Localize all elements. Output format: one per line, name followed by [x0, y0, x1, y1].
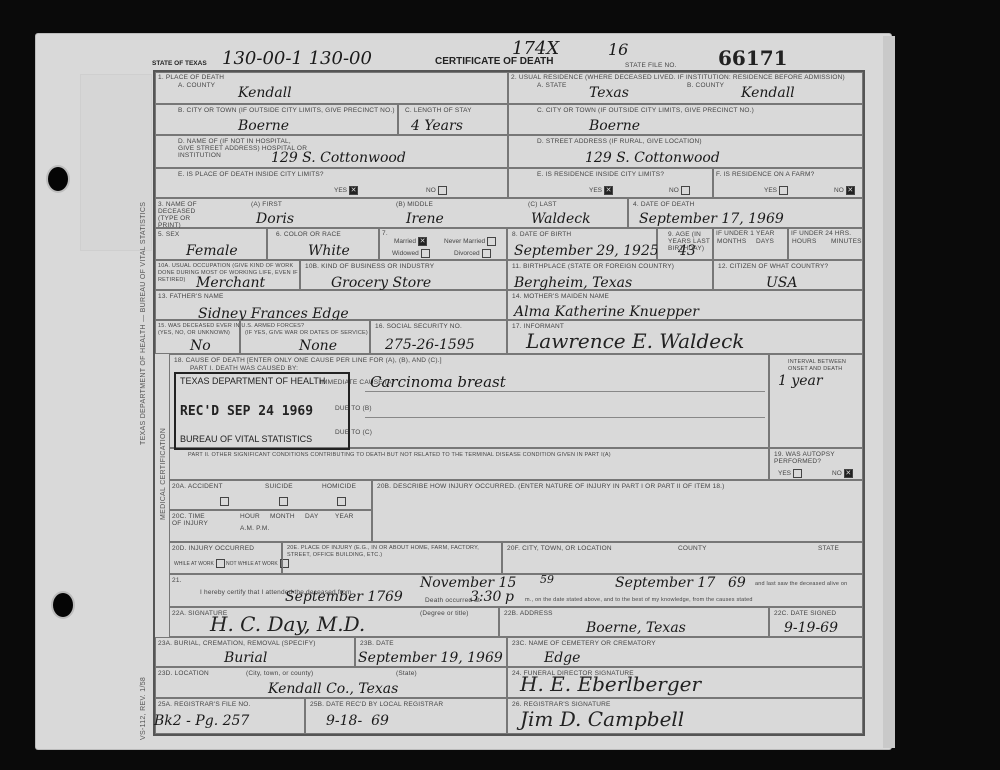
- inside-limits-yes-checkbox[interactable]: ✕: [349, 186, 358, 195]
- autopsy-yes-checkbox[interactable]: [793, 469, 802, 478]
- interval-cell: INTERVAL BETWEEN ONSET AND DEATH 1 year: [769, 354, 863, 448]
- cemetery-cell: 23c. NAME OF CEMETERY OR CREMATORY Edge: [507, 637, 863, 667]
- physician-address-cell: 22b. ADDRESS Boerne, Texas: [499, 607, 769, 637]
- while-at-work-checkbox[interactable]: [216, 559, 225, 568]
- war-service-cell: (If yes, give war or dates of service) N…: [240, 320, 370, 354]
- occupation: Merchant: [196, 275, 265, 291]
- length-of-stay-cell: c. LENGTH OF STAY 4 Years: [398, 104, 508, 135]
- birthplace-cell: 11. BIRTHPLACE (State or foreign country…: [507, 260, 713, 290]
- paper-edge: [883, 36, 895, 748]
- date-of-birth: September 29, 1925: [514, 243, 659, 259]
- business-cell: 10b. KIND OF BUSINESS OR INDUSTRY Grocer…: [300, 260, 507, 290]
- last-saw-alive: September 17: [615, 575, 715, 591]
- armed-forces-cell: 15. WAS DECEASED EVER IN U.S. ARMED FORC…: [155, 320, 240, 354]
- length-of-stay: 4 Years: [411, 118, 463, 134]
- farm-no-checkbox[interactable]: ✕: [846, 186, 855, 195]
- state-label: STATE OF TEXAS: [152, 60, 207, 67]
- certification-cell: 21. I hereby certify that I attended the…: [169, 574, 863, 607]
- handwritten-code: 130-00-1 130-00: [222, 48, 372, 69]
- farm-cell: f. IS RESIDENCE ON A FARM? YES NO✕: [713, 168, 863, 198]
- last-name: Waldeck: [531, 211, 591, 227]
- citizen-country: USA: [766, 275, 798, 291]
- registrar-signature: Jim D. Campbell: [520, 707, 684, 731]
- name-cell: 3. NAME OF DECEASED (Type or print) (a) …: [155, 198, 628, 228]
- middle-name: Irene: [406, 211, 444, 227]
- kind-of-business: Grocery Store: [331, 275, 431, 291]
- cemetery-name: Edge: [544, 650, 580, 666]
- burial-type-cell: 23a. BURIAL, CREMATION, REMOVAL (Specify…: [155, 637, 355, 667]
- residence-limits-cell: e. IS RESIDENCE INSIDE CITY LIMITS? YES✕…: [508, 168, 713, 198]
- age: 43: [678, 243, 696, 259]
- residence-street: 129 S. Cottonwood: [585, 150, 720, 166]
- physician-signature: H. C. Day, M.D.: [210, 612, 365, 636]
- registrar-file-cell: 25a. REGISTRAR'S FILE NO. Bk2 - Pg. 257: [155, 698, 305, 734]
- citizen-cell: 12. CITIZEN OF WHAT COUNTRY? USA: [713, 260, 863, 290]
- registrar-file-number: Bk2 - Pg. 257: [154, 713, 249, 729]
- physician-signature-cell: 22a. SIGNATURE H. C. Day, M.D. (Degree o…: [169, 607, 499, 637]
- punch-hole-top: [48, 167, 68, 191]
- inside-limits-no-checkbox[interactable]: [438, 186, 447, 195]
- date-signed: 9-19-69: [784, 620, 838, 636]
- never-married-checkbox[interactable]: [487, 237, 496, 246]
- place-county: Kendall: [238, 85, 292, 101]
- physician-address: Boerne, Texas: [586, 620, 686, 636]
- first-name: Doris: [256, 211, 294, 227]
- sex: Female: [186, 243, 238, 259]
- form-revision: VS-112, REV. 1/58: [140, 677, 147, 740]
- armed-forces: No: [190, 338, 211, 354]
- marital-status-cell: 7. Married✕ Never Married Widowed Divorc…: [379, 228, 507, 260]
- date-of-death: September 17, 1969: [639, 211, 784, 227]
- autopsy-cell: 19. WAS AUTOPSY PERFORMED? YES NO✕: [769, 448, 863, 480]
- residence-limits-yes-checkbox[interactable]: ✕: [604, 186, 613, 195]
- residence-state: Texas: [589, 85, 629, 101]
- punch-hole-bottom: [53, 593, 73, 617]
- time-of-injury-cell: 20c. TIME OF INJURY Hour Month Day Year …: [169, 510, 372, 542]
- informant-signature: Lawrence E. Waldeck: [526, 329, 744, 353]
- birth-date-cell: 8. DATE OF BIRTH September 29, 1925: [507, 228, 657, 260]
- birthplace: Bergheim, Texas: [514, 275, 632, 291]
- funeral-director-signature: H. E. Eberlberger: [520, 672, 701, 696]
- injury-occurred-cell: 20d. INJURY OCCURRED WHILE AT WORK NOT W…: [169, 542, 282, 574]
- under-year-cell: IF UNDER 1 YEAR Months Days: [713, 228, 788, 260]
- burial-type: Burial: [224, 650, 267, 666]
- handwritten-note-1: 174X: [512, 38, 559, 59]
- place-of-injury-cell: 20e. PLACE OF INJURY (e.g., in or about …: [282, 542, 502, 574]
- interval-onset-death: 1 year: [778, 373, 823, 389]
- attended-to-year: 69: [385, 589, 403, 605]
- immediate-cause: Carcinoma breast: [370, 373, 506, 391]
- mother-maiden-name: Alma Katherine Knuepper: [514, 304, 699, 320]
- burial-location: Kendall Co., Texas: [268, 681, 398, 697]
- widowed-checkbox[interactable]: [421, 249, 430, 258]
- homicide-checkbox[interactable]: [337, 497, 346, 506]
- residence-county: Kendall: [741, 85, 795, 101]
- divorced-checkbox[interactable]: [482, 249, 491, 258]
- social-security-number: 275-26-1595: [385, 337, 475, 353]
- state-file-number: 66171: [718, 46, 788, 70]
- place-city: Boerne: [238, 118, 289, 134]
- ssn-cell: 16. SOCIAL SECURITY NO. 275-26-1595: [370, 320, 507, 354]
- residence-city: Boerne: [589, 118, 640, 134]
- part2-cell: PART II. OTHER SIGNIFICANT CONDITIONS CO…: [169, 448, 769, 480]
- stamp-date: REC'D SEP 24 1969: [180, 404, 313, 419]
- last-saw-alive-year: 69: [728, 575, 746, 591]
- injury-location-cell: 20f. CITY, TOWN, OR LOCATION COUNTY STAT…: [502, 542, 863, 574]
- residence-state-cell: 2. USUAL RESIDENCE (Where deceased lived…: [508, 72, 863, 104]
- mother-cell: 14. MOTHER'S MAIDEN NAME Alma Katherine …: [507, 290, 863, 320]
- informant-cell: 17. INFORMANT Lawrence E. Waldeck: [507, 320, 863, 354]
- injury-description-cell: 20b. DESCRIBE HOW INJURY OCCURRED. (Ente…: [372, 480, 863, 542]
- age-cell: 9. AGE (In years last birthday) 43: [657, 228, 713, 260]
- occupation-cell: 10a. USUAL OCCUPATION (Give kind of work…: [155, 260, 300, 290]
- place-city-cell: b. CITY OR TOWN (If outside city limits,…: [155, 104, 398, 135]
- residence-street-cell: d. STREET ADDRESS (If rural, give locati…: [508, 135, 863, 168]
- file-no-label: STATE FILE NO.: [625, 62, 677, 69]
- attended-from-year: 59: [540, 573, 554, 586]
- residence-city-cell: c. CITY OR TOWN (If outside city limits,…: [508, 104, 863, 135]
- burial-date-cell: 23b. DATE September 19, 1969: [355, 637, 507, 667]
- hospital-address: 129 S. Cottonwood: [271, 150, 406, 166]
- handwritten-note-2: 16: [608, 40, 628, 59]
- farm-yes-checkbox[interactable]: [779, 186, 788, 195]
- attended-to: September 17: [285, 589, 385, 605]
- date-received: 9-18- 69: [326, 713, 389, 729]
- attended-from: November 15: [420, 575, 516, 591]
- sex-cell: 5. SEX Female: [155, 228, 267, 260]
- received-stamp: TEXAS DEPARTMENT OF HEALTH REC'D SEP 24 …: [174, 372, 350, 450]
- under-day-cell: IF UNDER 24 HRS. Hours Minutes: [788, 228, 863, 260]
- war-service: None: [299, 338, 337, 354]
- hospital-cell: d. NAME OF (If not in hospital, give str…: [155, 135, 508, 168]
- accident-checkbox[interactable]: [220, 497, 229, 506]
- vertical-agency-text: TEXAS DEPARTMENT OF HEALTH — BUREAU OF V…: [140, 202, 147, 445]
- race: White: [308, 243, 350, 259]
- suicide-checkbox[interactable]: [279, 497, 288, 506]
- place-county-cell: 1. PLACE OF DEATH a. COUNTY Kendall: [155, 72, 508, 104]
- registrar-signature-cell: 26. REGISTRAR'S SIGNATURE Jim D. Campbel…: [507, 698, 863, 734]
- accident-cell: 20a. ACCIDENT SUICIDE HOMICIDE: [169, 480, 372, 510]
- death-ampm: p: [505, 589, 514, 605]
- burial-date: September 19, 1969: [358, 650, 503, 666]
- married-checkbox[interactable]: ✕: [418, 237, 427, 246]
- autopsy-no-checkbox[interactable]: ✕: [844, 469, 853, 478]
- date-signed-cell: 22c. DATE SIGNED 9-19-69: [769, 607, 863, 637]
- death-date-cell: 4. DATE OF DEATH September 17, 1969: [628, 198, 863, 228]
- funeral-director-cell: 24. FUNERAL DIRECTOR SIGNATURE H. E. Ebe…: [507, 667, 863, 698]
- death-time: 3:30: [470, 589, 501, 605]
- race-cell: 6. COLOR OR RACE White: [267, 228, 379, 260]
- residence-limits-no-checkbox[interactable]: [681, 186, 690, 195]
- date-received-cell: 25b. DATE REC'D BY LOCAL REGISTRAR 9-18-…: [305, 698, 507, 734]
- father-cell: 13. FATHER'S NAME Sidney Frances Edge: [155, 290, 507, 320]
- burial-location-cell: 23d. LOCATION (City, town, or county) (S…: [155, 667, 507, 698]
- inside-limits-cell: e. IS PLACE OF DEATH INSIDE CITY LIMITS?…: [155, 168, 508, 198]
